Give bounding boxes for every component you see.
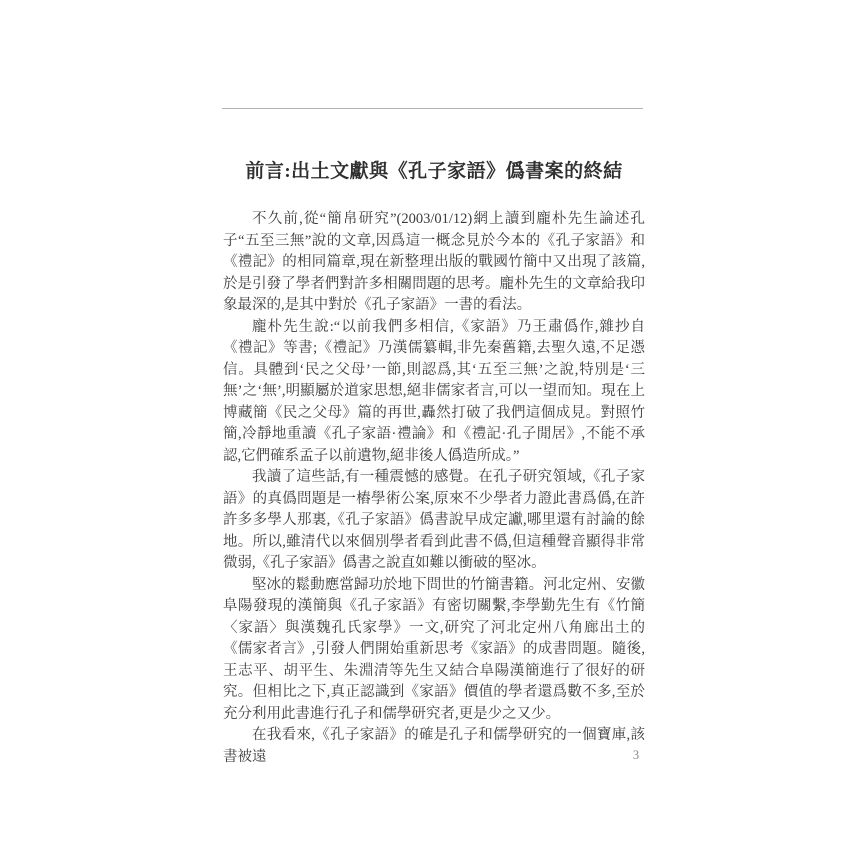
header-rule [222,108,643,109]
body-text: 不久前,從“簡帛研究”(2003/01/12)網上讀到龐朴先生論述孔子“五至三無… [223,209,645,768]
paragraph-1: 不久前,從“簡帛研究”(2003/01/12)網上讀到龐朴先生論述孔子“五至三無… [223,209,645,317]
paragraph-2: 龐朴先生說:“以前我們多相信,《家語》乃王肅僞作,雜抄自《禮記》等書;《禮記》乃… [223,317,645,468]
paragraph-3: 我讀了這些話,有一種震憾的感覺。在孔子研究領域,《孔子家語》的真僞問題是一樁學術… [223,467,645,575]
paragraph-5: 在我看來,《孔子家語》的確是孔子和儒學研究的一個寶庫,該書被遠 [223,725,645,768]
paragraph-4: 堅冰的鬆動應當歸功於地下問世的竹簡書籍。河北定州、安徽阜陽發現的漢簡與《孔子家語… [223,575,645,726]
scanned-book-page: 前言:出土文獻與《孔子家語》僞書案的終結 不久前,從“簡帛研究”(2003/01… [0,0,850,850]
page-number: 3 [626,748,646,763]
page-title: 前言:出土文獻與《孔子家語》僞書案的終結 [223,158,645,185]
